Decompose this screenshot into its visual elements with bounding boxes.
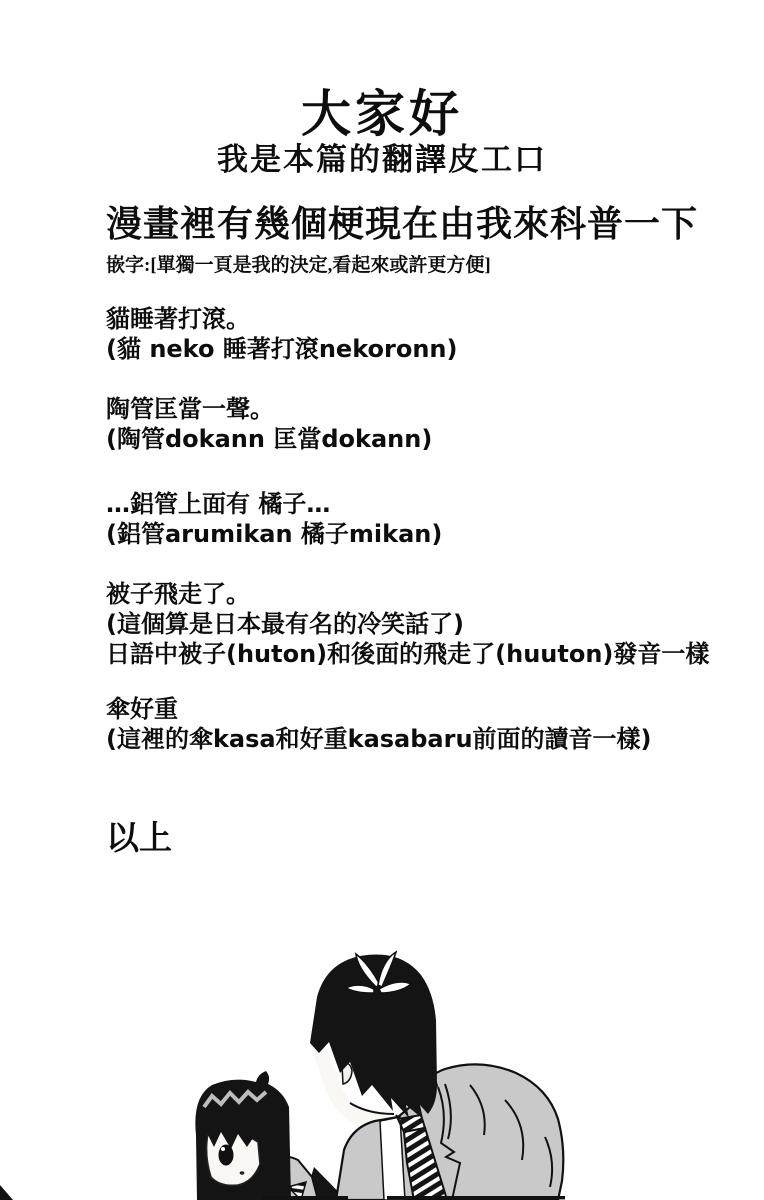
note-block-mikan: …鋁管上面有 橘子… (鋁管arumikan 橘子mikan)	[106, 489, 442, 549]
intro-note: 嵌字:[單獨一頁是我的決定,看起來或許更方便]	[106, 250, 491, 277]
note-line: 被子飛走了。	[106, 579, 709, 609]
note-block-huton: 被子飛走了。 (這個算是日本最有名的冷笑話了) 日語中被子(huton)和後面的…	[106, 579, 709, 669]
note-line: 日語中被子(huton)和後面的飛走了(huuton)發音一樣	[106, 639, 709, 669]
translator-note-page: 大家好 我是本篇的翻譯皮工口 漫畫裡有幾個梗現在由我來科普一下 嵌字:[單獨一頁…	[0, 0, 764, 1200]
note-line: 貓睡著打滾。	[106, 304, 457, 334]
intro-heading: 漫畫裡有幾個梗現在由我來科普一下	[106, 196, 698, 247]
tadano-character	[310, 952, 563, 1200]
note-line: 陶管匡當一聲。	[106, 394, 432, 424]
tadano-shirt-placket	[380, 1117, 405, 1200]
note-line: (陶管dokann 匡當dokann)	[106, 424, 432, 454]
note-line: (這個算是日本最有名的冷笑話了)	[106, 609, 709, 639]
note-block-dokann: 陶管匡當一聲。 (陶管dokann 匡當dokann)	[106, 394, 432, 454]
komi-mouth	[240, 1171, 245, 1174]
note-line: 傘好重	[106, 694, 652, 724]
note-line: …鋁管上面有 橘子…	[106, 489, 442, 519]
note-line: (這裡的傘kasa和好重kasabaru前面的讀音一樣)	[106, 724, 652, 754]
komi-character	[195, 1071, 346, 1200]
manga-illustration	[0, 935, 764, 1200]
note-line: (鋁管arumikan 橘子mikan)	[106, 519, 442, 549]
note-line: (貓 neko 睡著打滾nekoronn)	[106, 334, 457, 364]
komi-eye	[219, 1145, 234, 1166]
closing-text: 以上	[106, 812, 172, 859]
note-block-neko: 貓睡著打滾。 (貓 neko 睡著打滾nekoronn)	[106, 304, 457, 364]
note-block-kasa: 傘好重 (這裡的傘kasa和好重kasabaru前面的讀音一樣)	[106, 694, 652, 754]
komi-eye-glint	[221, 1147, 225, 1151]
page-subtitle: 我是本篇的翻譯皮工口	[0, 134, 764, 179]
